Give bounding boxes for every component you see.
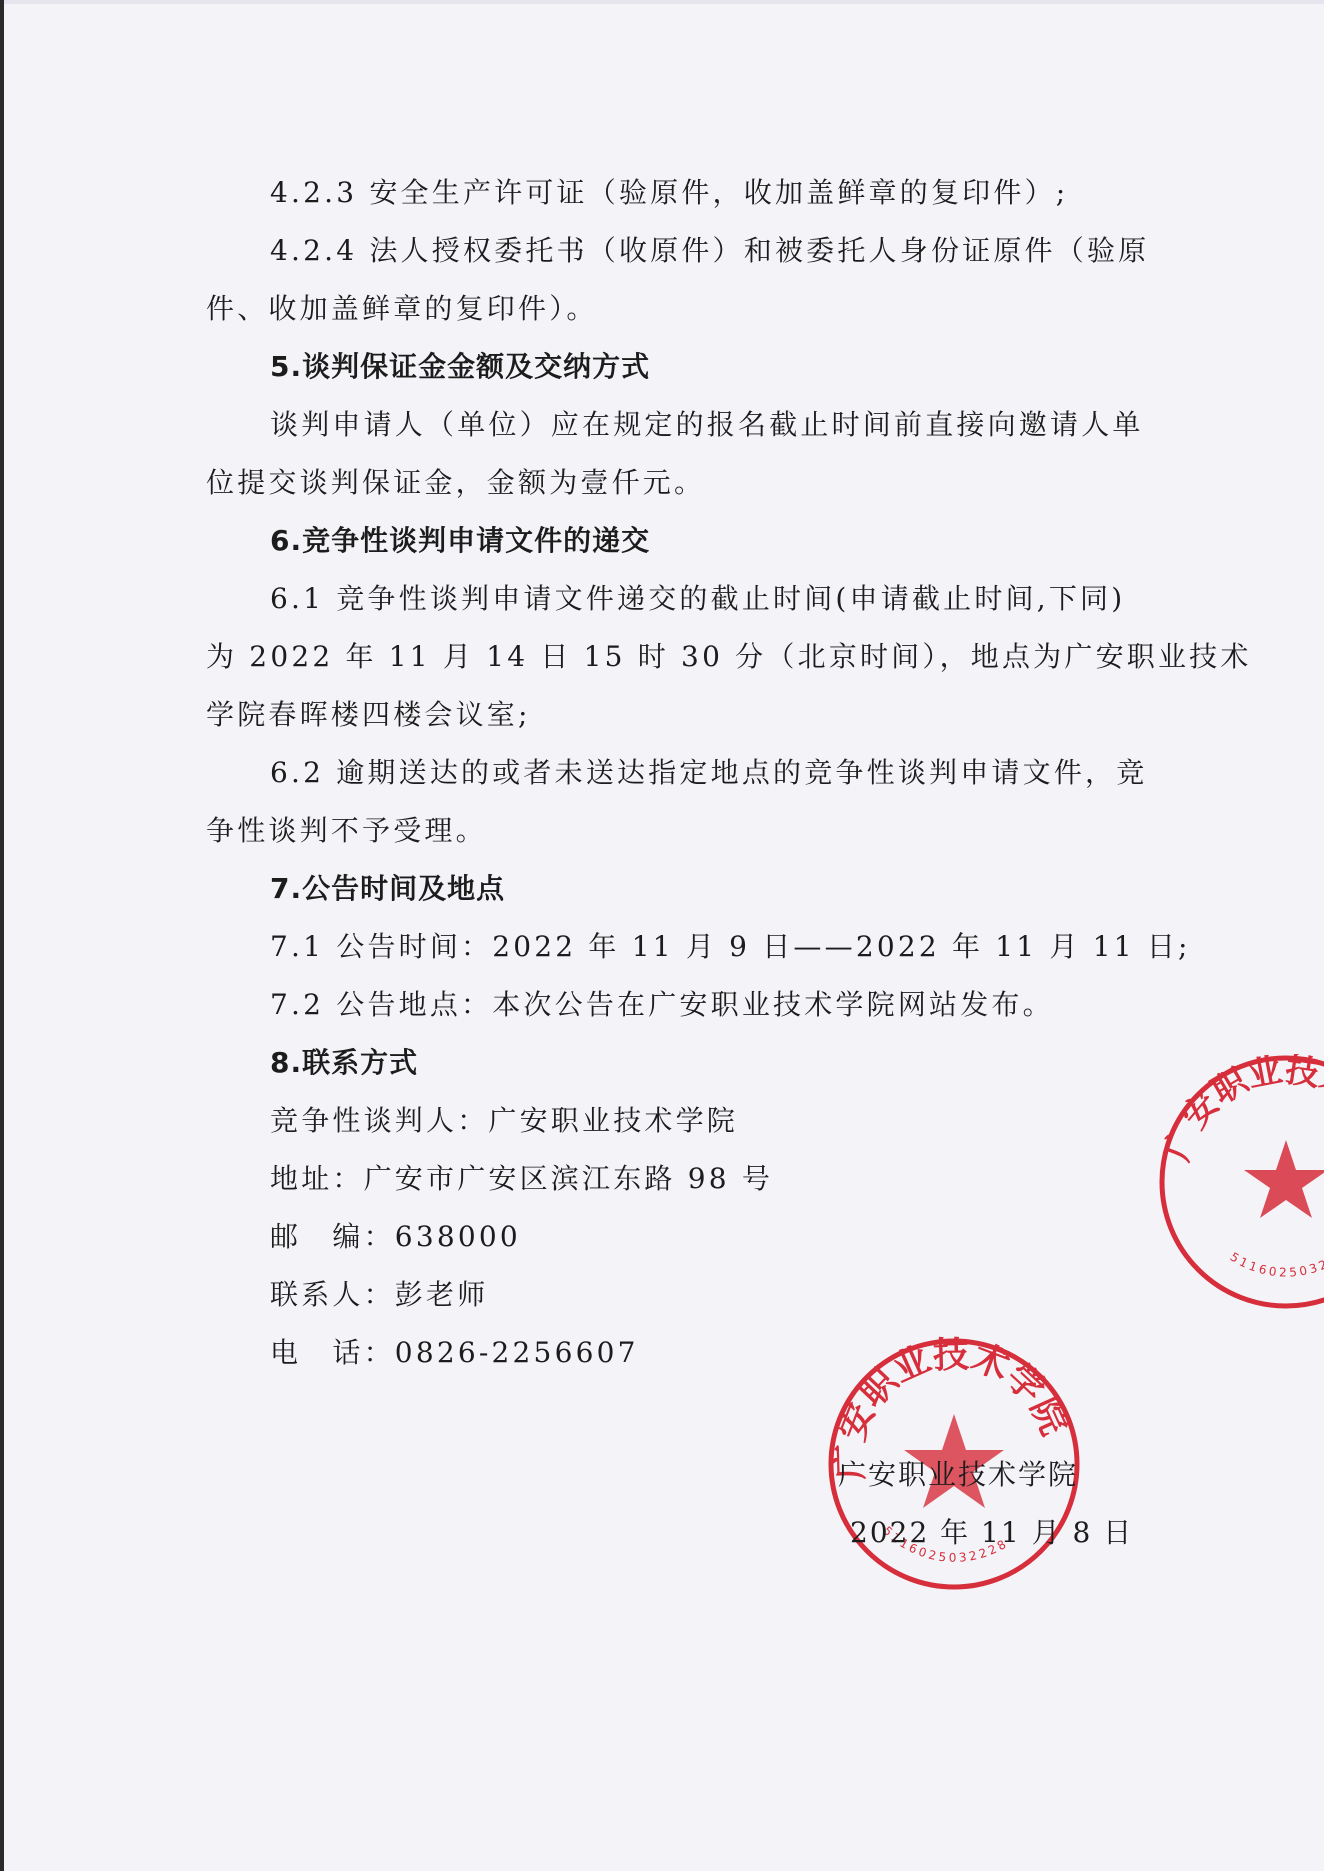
- paragraph: 竞争性谈判人：广安职业技术学院: [206, 1092, 1126, 1150]
- paragraph: 4.2.3 安全生产许可证（验原件，收加盖鲜章的复印件）;: [206, 164, 1126, 222]
- paging-seal-icon: 广安职业技术学院 5116025032228: [1158, 1054, 1324, 1310]
- paragraph-line: 学院春晖楼四楼会议室;: [206, 686, 1126, 744]
- paragraph-line: 联系人：彭老师: [206, 1266, 1126, 1324]
- paragraph: 谈判申请人（单位）应在规定的报名截止时间前直接向邀请人单位提交谈判保证金，金额为…: [206, 396, 1126, 512]
- paragraph: 7.1 公告时间：2022 年 11 月 9 日——2022 年 11 月 11…: [206, 918, 1126, 976]
- section-heading: 5.谈判保证金金额及交纳方式: [206, 338, 1126, 396]
- paragraph-line: 6.2 逾期送达的或者未送达指定地点的竞争性谈判申请文件，竞: [206, 744, 1126, 802]
- paragraph-line: 争性谈判不予受理。: [206, 802, 1126, 860]
- paragraph-line: 6.1 竞争性谈判申请文件递交的截止时间(申请截止时间,下同): [206, 570, 1126, 628]
- document-body: 4.2.3 安全生产许可证（验原件，收加盖鲜章的复印件）;4.2.4 法人授权委…: [206, 164, 1126, 1382]
- paragraph: 6.2 逾期送达的或者未送达指定地点的竞争性谈判申请文件，竞争性谈判不予受理。: [206, 744, 1126, 860]
- paragraph-line: 为 2022 年 11 月 14 日 15 时 30 分（北京时间），地点为广安…: [206, 628, 1126, 686]
- section-heading: 6.竞争性谈判申请文件的递交: [206, 512, 1126, 570]
- paragraph-line: 竞争性谈判人：广安职业技术学院: [206, 1092, 1126, 1150]
- scan-top-edge: [0, 0, 1324, 4]
- paragraph-line: 地址：广安市广安区滨江东路 98 号: [206, 1150, 1126, 1208]
- paragraph-line: 邮 编：638000: [206, 1208, 1126, 1266]
- signature-date: 2022 年 11 月 8 日: [838, 1504, 1138, 1562]
- paragraph: 邮 编：638000: [206, 1208, 1126, 1266]
- section-heading: 8.联系方式: [206, 1034, 1126, 1092]
- svg-text:5116025032228: 5116025032228: [1228, 1239, 1324, 1279]
- paragraph: 4.2.4 法人授权委托书（收原件）和被委托人身份证原件（验原件、收加盖鲜章的复…: [206, 222, 1126, 338]
- paragraph: 7.2 公告地点：本次公告在广安职业技术学院网站发布。: [206, 976, 1126, 1034]
- heading-text: 7.公告时间及地点: [206, 860, 1126, 918]
- paragraph-line: 7.1 公告时间：2022 年 11 月 9 日——2022 年 11 月 11…: [206, 918, 1126, 976]
- paragraph-line: 4.2.3 安全生产许可证（验原件，收加盖鲜章的复印件）;: [206, 164, 1126, 222]
- paragraph-line: 谈判申请人（单位）应在规定的报名截止时间前直接向邀请人单: [206, 396, 1126, 454]
- heading-text: 5.谈判保证金金额及交纳方式: [206, 338, 1126, 396]
- svg-text:广安职业技术学院: 广安职业技术学院: [1158, 1054, 1324, 1166]
- paragraph-line: 位提交谈判保证金，金额为壹仟元。: [206, 454, 1126, 512]
- scan-left-edge: [0, 0, 4, 1871]
- paragraph-line: 7.2 公告地点：本次公告在广安职业技术学院网站发布。: [206, 976, 1126, 1034]
- paragraph: 地址：广安市广安区滨江东路 98 号: [206, 1150, 1126, 1208]
- paragraph: 6.1 竞争性谈判申请文件递交的截止时间(申请截止时间,下同)为 2022 年 …: [206, 570, 1126, 744]
- signature-organization: 广安职业技术学院: [838, 1446, 1138, 1504]
- paragraph-line: 件、收加盖鲜章的复印件）。: [206, 280, 1126, 338]
- signature-block: 广安职业技术学院 2022 年 11 月 8 日: [838, 1446, 1138, 1562]
- heading-text: 8.联系方式: [206, 1034, 1126, 1092]
- heading-text: 6.竞争性谈判申请文件的递交: [206, 512, 1126, 570]
- section-heading: 7.公告时间及地点: [206, 860, 1126, 918]
- paragraph: 联系人：彭老师: [206, 1266, 1126, 1324]
- paragraph-line: 4.2.4 法人授权委托书（收原件）和被委托人身份证原件（验原: [206, 222, 1126, 280]
